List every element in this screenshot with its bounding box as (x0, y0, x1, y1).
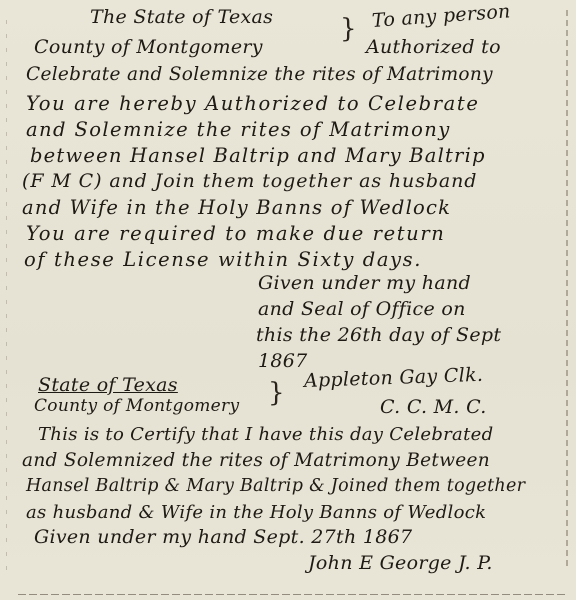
certificate-clerk-name: Appleton Gay Clk. (304, 364, 484, 392)
license-body-line-2: You are hereby Authorized to Celebrate (26, 92, 479, 115)
license-addressee-line-1: To any person (371, 0, 511, 32)
document-page: The State of Texas To any person County … (0, 0, 576, 600)
certificate-state-heading: State of Texas (38, 374, 178, 396)
license-state-heading: The State of Texas (90, 6, 273, 28)
certificate-county-heading: County of Montgomery (34, 396, 239, 416)
license-date-year: 1867 (258, 350, 308, 372)
certificate-body-line-3: Hansel Baltrip & Mary Baltrip & Joined t… (26, 476, 525, 496)
page-left-edge (6, 20, 7, 580)
license-body-line-5: (F M C) and Join them together as husban… (22, 170, 477, 192)
license-body-line-6: and Wife in the Holy Banns of Wedlock (22, 196, 451, 219)
certificate-body-line-5: Given under my hand Sept. 27th 1867 (34, 526, 412, 548)
certificate-body-line-4: as husband & Wife in the Holy Banns of W… (26, 502, 486, 523)
certificate-clerk-title: C. C. M. C. (380, 396, 487, 418)
license-brace: } (340, 14, 357, 44)
license-body-line-1: Celebrate and Solemnize the rites of Mat… (26, 64, 493, 85)
license-county-heading: County of Montgomery (34, 36, 263, 58)
license-attestation-line-1: Given under my hand (258, 272, 471, 294)
officiant-signature: John E George J. P. (308, 552, 493, 574)
certificate-brace: } (268, 378, 285, 408)
certificate-body-line-1: This is to Certify that I have this day … (38, 424, 493, 445)
license-body-line-3: and Solemnize the rites of Matrimony (26, 118, 451, 141)
license-body-line-4: between Hansel Baltrip and Mary Baltrip (30, 144, 486, 167)
license-attestation-line-2: and Seal of Office on (258, 298, 466, 320)
license-body-line-8: of these License within Sixty days. (24, 248, 422, 271)
page-right-edge (566, 10, 568, 570)
certificate-body-line-2: and Solemnized the rites of Matrimony Be… (22, 450, 490, 471)
license-attestation-line-3: this the 26th day of Sept (256, 324, 501, 346)
license-addressee-line-2: Authorized to (366, 36, 501, 58)
license-body-line-7: You are required to make due return (26, 222, 445, 245)
page-bottom-edge (18, 594, 568, 595)
